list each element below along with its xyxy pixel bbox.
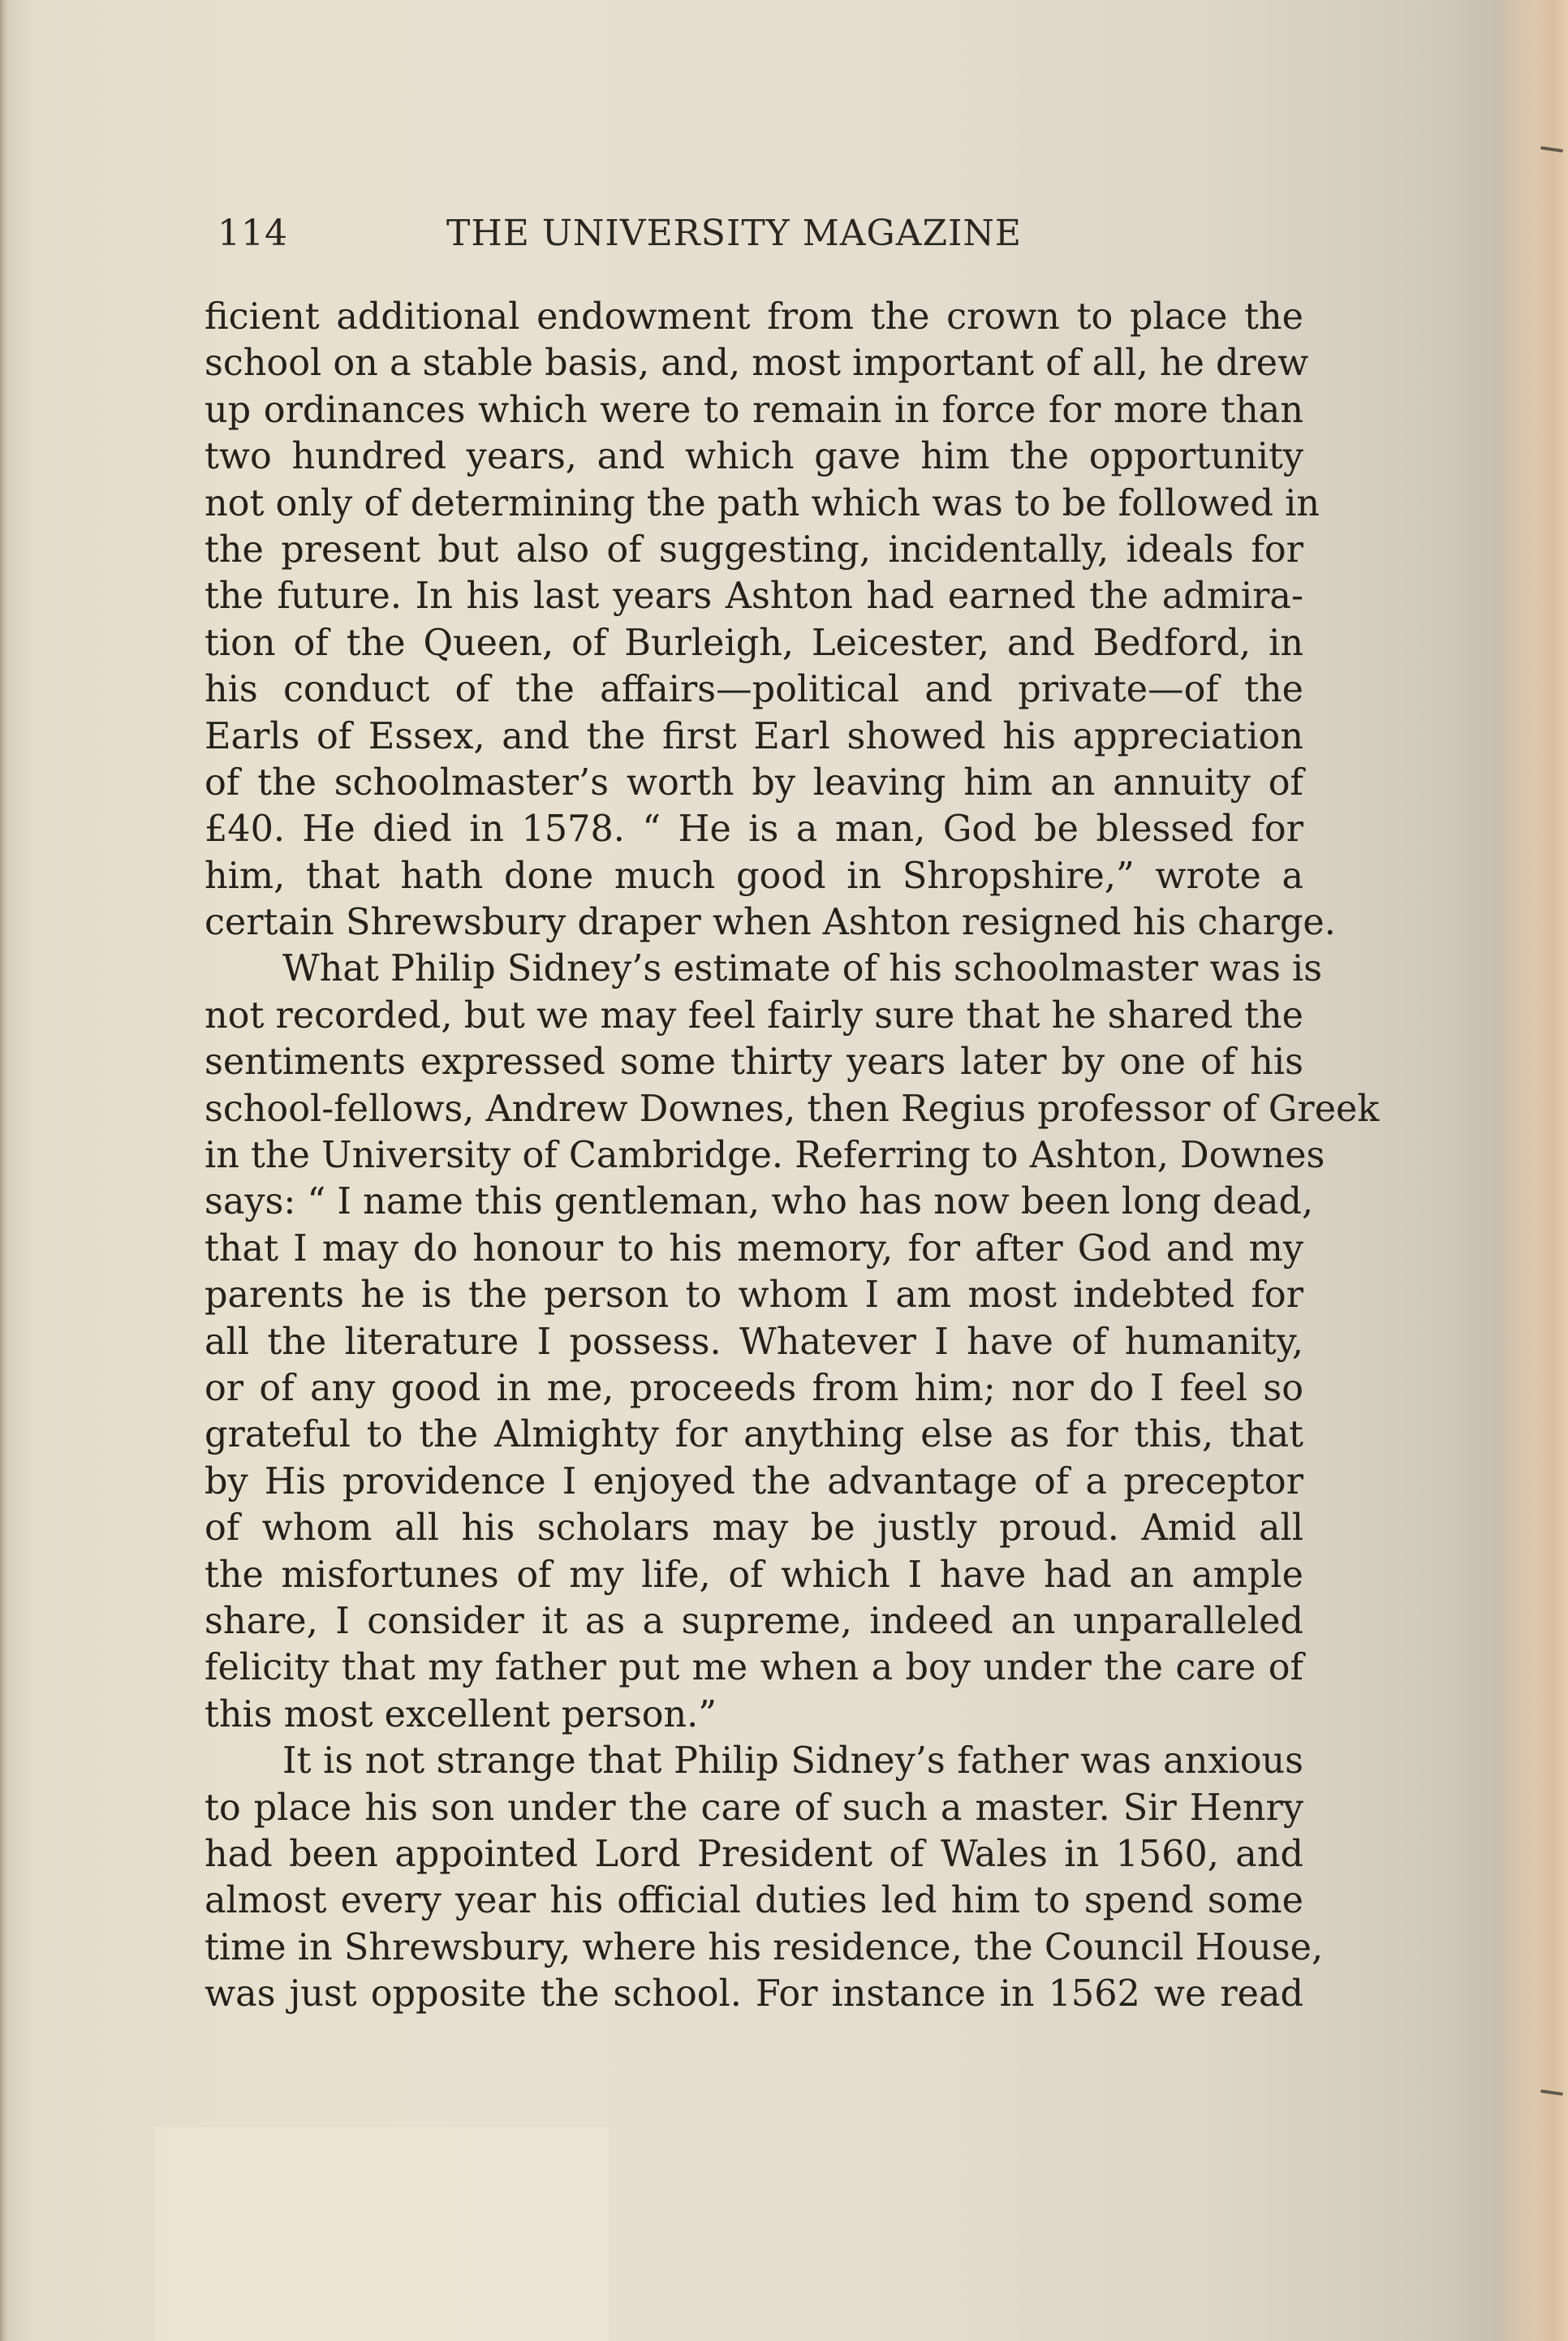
text-line: in the University of Cambridge. Referrin… (205, 1132, 1303, 1179)
body-text: ficient additional endowment from the cr… (205, 294, 1303, 2017)
page-header: 114 THE UNIVERSITY MAGAZINE (218, 213, 1305, 258)
text-line: ficient additional endowment from the cr… (205, 294, 1303, 340)
text-line: parents he is the person to whom I am mo… (205, 1272, 1303, 1318)
text-line: school-fellows, Andrew Downes, then Regi… (205, 1086, 1303, 1132)
text-line: by His providence I enjoyed the advantag… (205, 1459, 1303, 1505)
text-line: to place his son under the care of such … (205, 1785, 1303, 1831)
text-line: or of any good in me, proceeds from him;… (205, 1365, 1303, 1412)
text-line: his conduct of the affairs—political and… (205, 666, 1303, 713)
text-line: tion of the Queen, of Burleigh, Leiceste… (205, 620, 1303, 666)
page-number: 114 (218, 213, 288, 254)
text-line: him, that hath done much good in Shropsh… (205, 853, 1303, 899)
text-line: school on a stable basis, and, most impo… (205, 340, 1303, 386)
text-line: share, I consider it as a supreme, indee… (205, 1598, 1303, 1645)
text-line: What Philip Sidney’s estimate of his sch… (205, 946, 1303, 992)
binding-edge (0, 0, 15, 2341)
text-line: the present but also of suggesting, inci… (205, 527, 1303, 573)
text-line: of the schoolmaster’s worth by leaving h… (205, 760, 1303, 806)
text-line: of whom all his scholars may be justly p… (205, 1505, 1303, 1551)
text-line: sentiments expressed some thirty years l… (205, 1039, 1303, 1085)
scanned-page: 114 THE UNIVERSITY MAGAZINE ficient addi… (0, 0, 1568, 2341)
text-line: says: “ I name this gentleman, who has n… (205, 1179, 1303, 1225)
text-line: £40. He died in 1578. “ He is a man, God… (205, 806, 1303, 852)
text-line: up ordinances which were to remain in fo… (205, 387, 1303, 433)
text-line: the future. In his last years Ashton had… (205, 573, 1303, 619)
paper-discoloration (154, 2127, 609, 2341)
text-line: Earls of Essex, and the first Earl showe… (205, 714, 1303, 760)
text-line: felicity that my father put me when a bo… (205, 1645, 1303, 1691)
text-line: certain Shrewsbury draper when Ashton re… (205, 899, 1303, 946)
text-line: all the literature I possess. Whatever I… (205, 1319, 1303, 1365)
text-line: two hundred years, and which gave him th… (205, 433, 1303, 480)
text-line: had been appointed Lord President of Wal… (205, 1831, 1303, 1878)
text-line: It is not strange that Philip Sidney’s f… (205, 1738, 1303, 1784)
text-line: was just opposite the school. For instan… (205, 1971, 1303, 2017)
text-line: not only of determining the path which w… (205, 481, 1303, 527)
running-title: THE UNIVERSITY MAGAZINE (446, 213, 1022, 254)
text-line: grateful to the Almighty for anything el… (205, 1412, 1303, 1458)
text-line: this most excellent person.” (205, 1692, 1303, 1738)
text-line: not recorded, but we may feel fairly sur… (205, 993, 1303, 1039)
text-line: that I may do honour to his memory, for … (205, 1226, 1303, 1272)
text-line: time in Shrewsbury, where his residence,… (205, 1925, 1303, 1971)
text-line: almost every year his official duties le… (205, 1878, 1303, 1924)
text-line: the misfortunes of my life, of which I h… (205, 1552, 1303, 1598)
fore-edge (1536, 0, 1568, 2341)
